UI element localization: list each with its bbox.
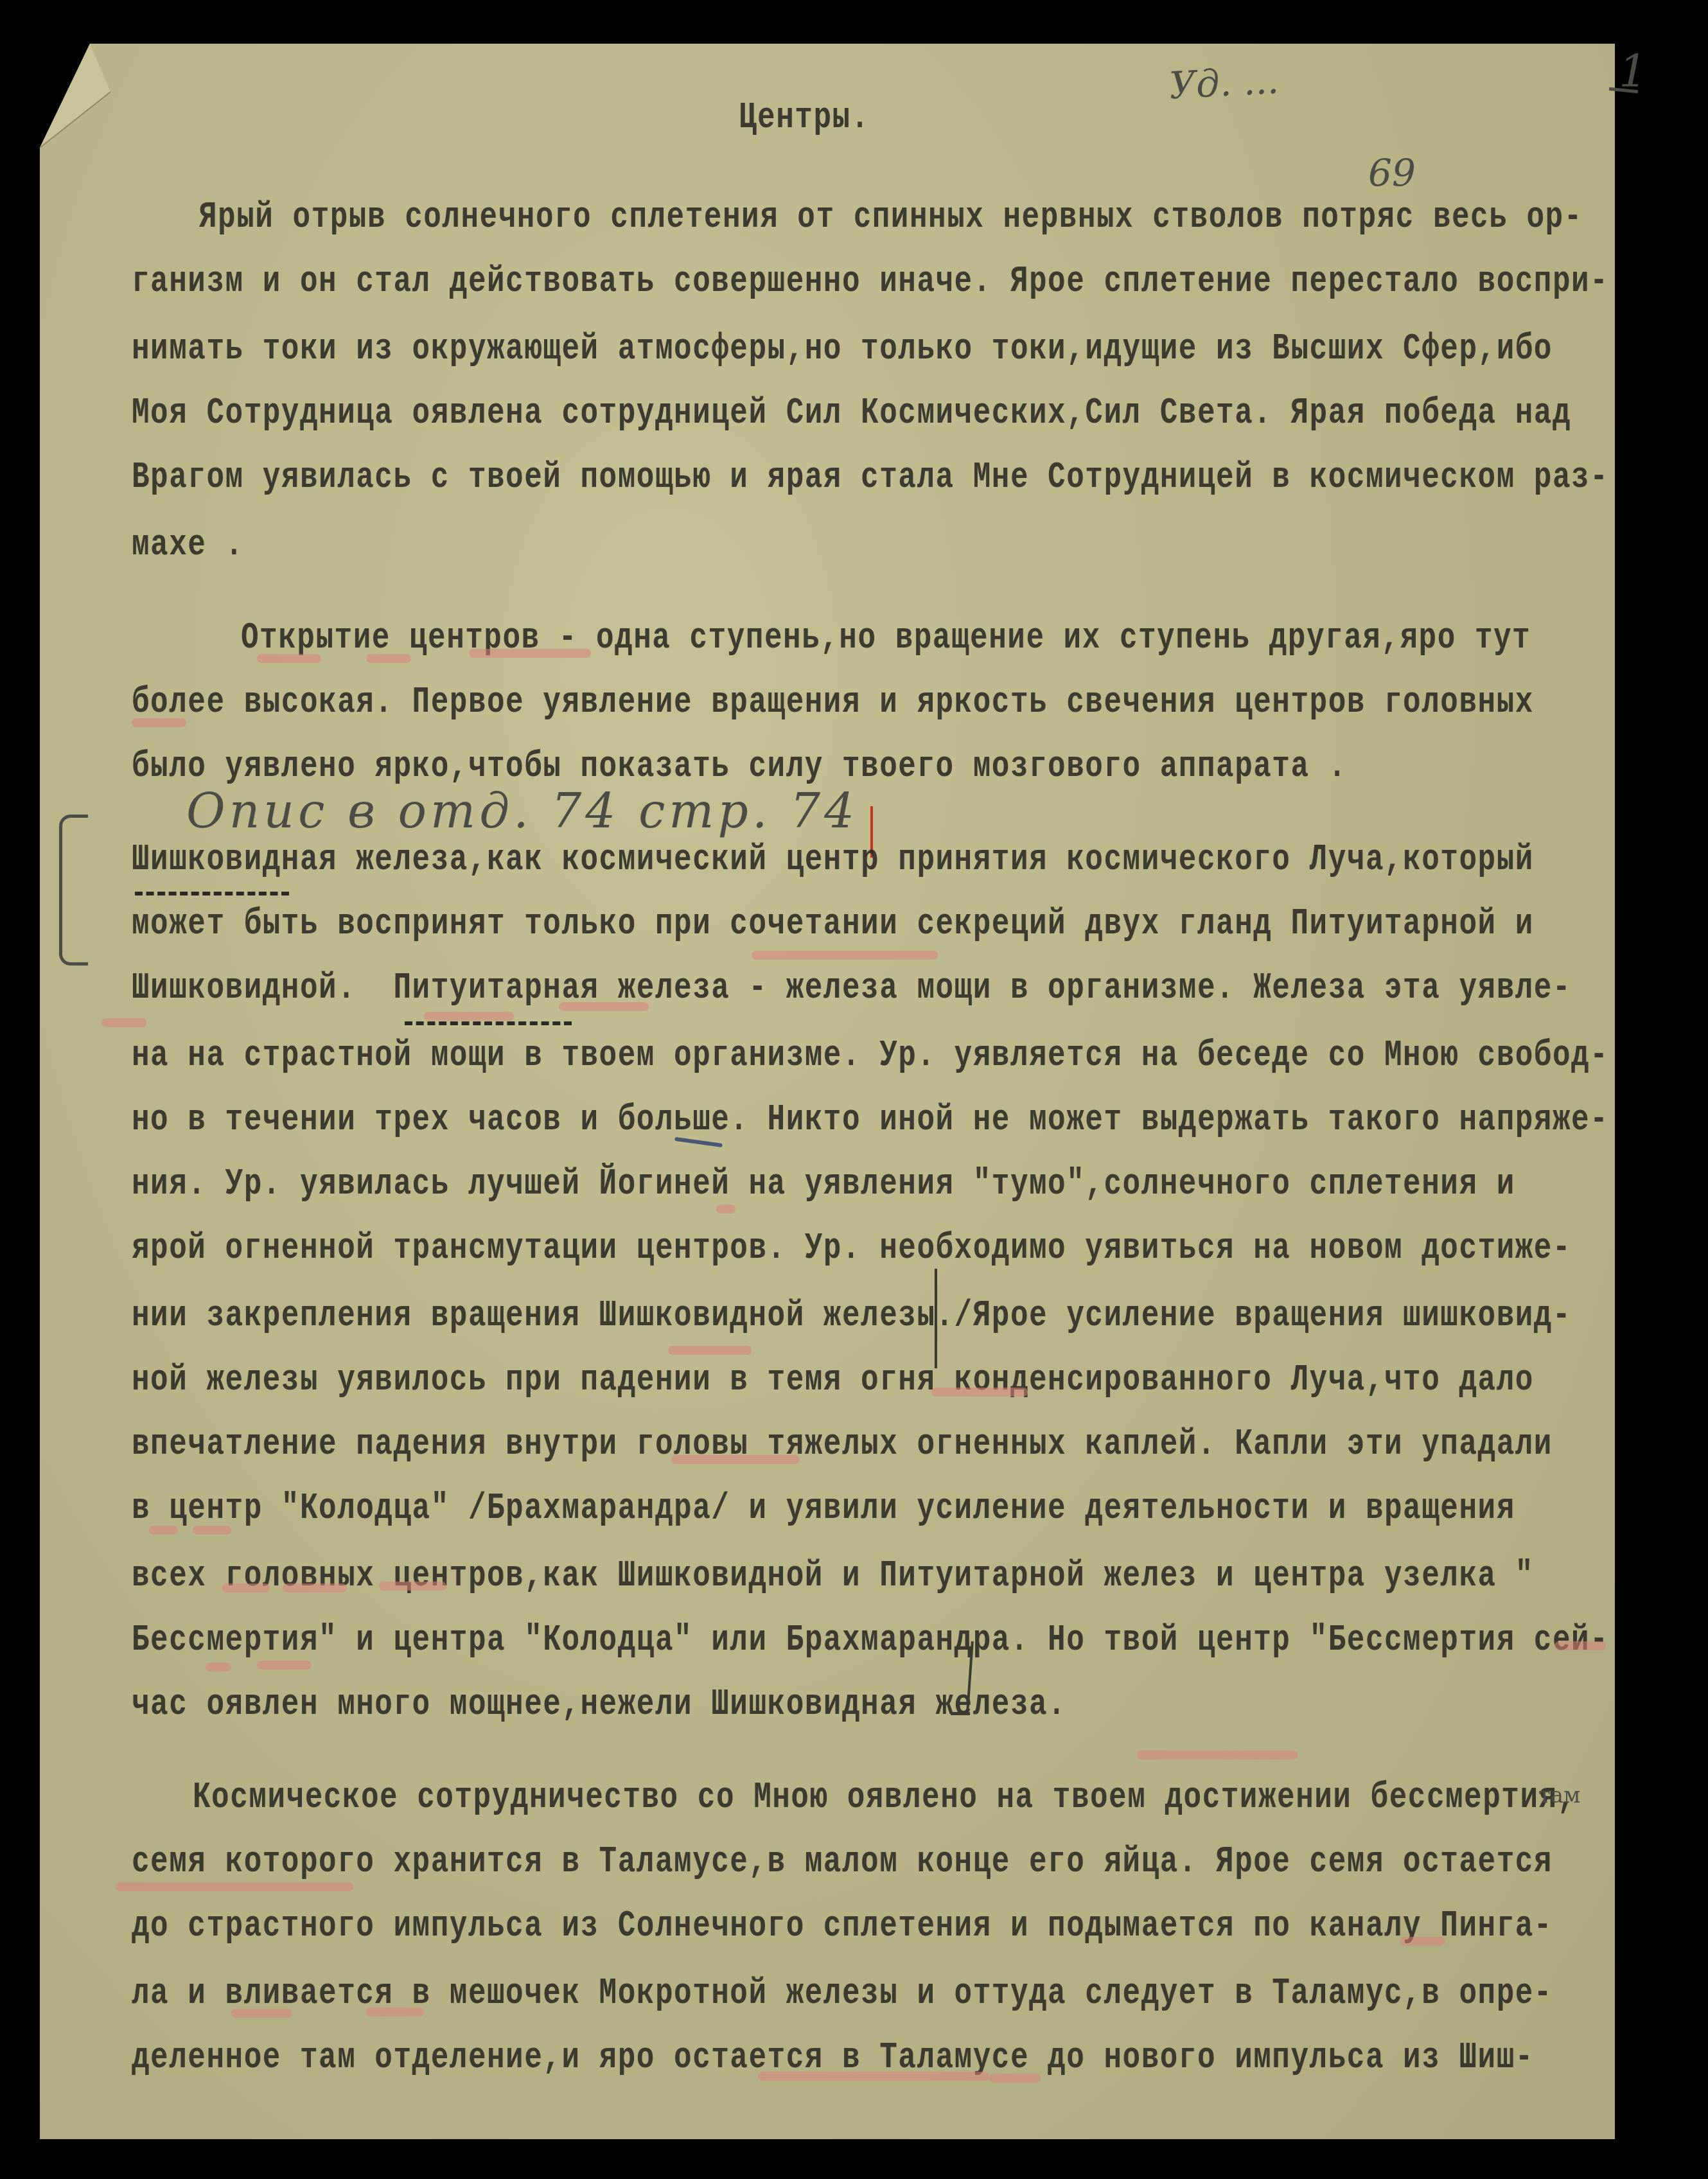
red-underline (469, 649, 591, 658)
red-underline (931, 1388, 1028, 1397)
text-line: более высокая. Первое уявление вращения … (132, 681, 1534, 723)
red-underline (424, 1012, 514, 1021)
red-underline (366, 654, 411, 663)
text-line: Врагом уявилась с твоей помощью и ярая с… (132, 456, 1608, 498)
text-line: ла и вливается в мешочек Мокротной желез… (132, 1972, 1553, 2014)
text-line: ной железы уявилось при падении в темя о… (132, 1359, 1534, 1400)
text-line: ния. Ур. уявилась лучшей Йогиней на уявл… (132, 1163, 1515, 1204)
red-underline (193, 1526, 231, 1535)
text-line: в центр "Колодца" /Брахмарандра/ и уявил… (132, 1487, 1515, 1529)
red-underline (1137, 1751, 1298, 1760)
red-underline (231, 2009, 292, 2018)
folded-corner (40, 44, 117, 153)
red-underline (1400, 1937, 1445, 1946)
red-underline (1554, 1641, 1606, 1650)
red-underline (206, 1663, 231, 1672)
handwritten-note: Опис в отд. 74 стр. 74 (186, 784, 858, 839)
text-line: Открытие центров - одна ступень,но враще… (241, 617, 1531, 658)
text-line: час оявлен много мощнее,нежели Шишковидн… (132, 1683, 1066, 1725)
typed-underline (405, 1021, 572, 1025)
text-line: до страстного импульса из Солнечного спл… (132, 1905, 1553, 1946)
red-underline (758, 2072, 989, 2081)
red-underline (222, 1584, 270, 1592)
archive-number: 69 (1368, 151, 1416, 195)
red-underline (101, 1018, 146, 1027)
handwritten-insert: там (1538, 1783, 1581, 1808)
red-underline (116, 1882, 353, 1891)
text-line: ярой огненной трансмутации центров. Ур. … (132, 1227, 1571, 1269)
text-line: Шишковидная железа,как космический центр… (132, 838, 1534, 880)
red-underline (283, 1584, 347, 1592)
red-underline (668, 1346, 752, 1355)
typed-underline (135, 892, 289, 895)
text-line: ганизм и он стал действовать совершенно … (132, 260, 1608, 302)
text-line: махе . (132, 524, 244, 565)
text-line: нии закрепления вращения Шишковидной жел… (132, 1294, 1571, 1336)
document-title: Центры. (739, 96, 870, 138)
text-line: впечатление падения внутри головы тяжелы… (132, 1423, 1553, 1465)
text-line: Космическое сотрудничество со Мною оявле… (193, 1776, 1576, 1818)
text-line: на на страстной мощи в твоем организме. … (132, 1034, 1608, 1076)
red-underline (379, 1582, 446, 1591)
red-underline (989, 2074, 1041, 2083)
pencil-close-bracket-foot (951, 1712, 970, 1715)
red-underline (671, 1455, 800, 1464)
text-line: Шишковидной. Питуитарная железа - железа… (132, 967, 1571, 1009)
text-line: может быть воспринят только при сочетани… (132, 903, 1534, 944)
text-line: Бессмертия" и центра "Колодца" или Брахм… (132, 1619, 1608, 1661)
margin-bracket (59, 815, 88, 966)
red-underline (257, 1661, 312, 1670)
text-line: было уявлено ярко,чтобы показать силу тв… (132, 745, 1347, 787)
text-line: но в течении трех часов и больше. Никто … (132, 1098, 1608, 1140)
pencil-vertical-mark (935, 1269, 937, 1368)
red-underline (716, 1204, 735, 1213)
text-line: нимать токи из окружающей атмосферы,но т… (132, 328, 1553, 369)
red-underline (132, 718, 186, 727)
red-underline (752, 951, 938, 960)
red-underline (149, 1526, 178, 1535)
red-underline (257, 654, 321, 663)
text-line: Ярый отрыв солнечного сплетения от спинн… (199, 196, 1583, 238)
red-underline (559, 1002, 649, 1011)
handwritten-signature: Уд. ... (1168, 58, 1280, 108)
red-underline (366, 2007, 424, 2016)
text-line: семя которого хранится в Таламусе,в мало… (132, 1840, 1553, 1882)
text-line: Моя Сотрудница оявлена сотрудницей Сил К… (132, 392, 1571, 434)
